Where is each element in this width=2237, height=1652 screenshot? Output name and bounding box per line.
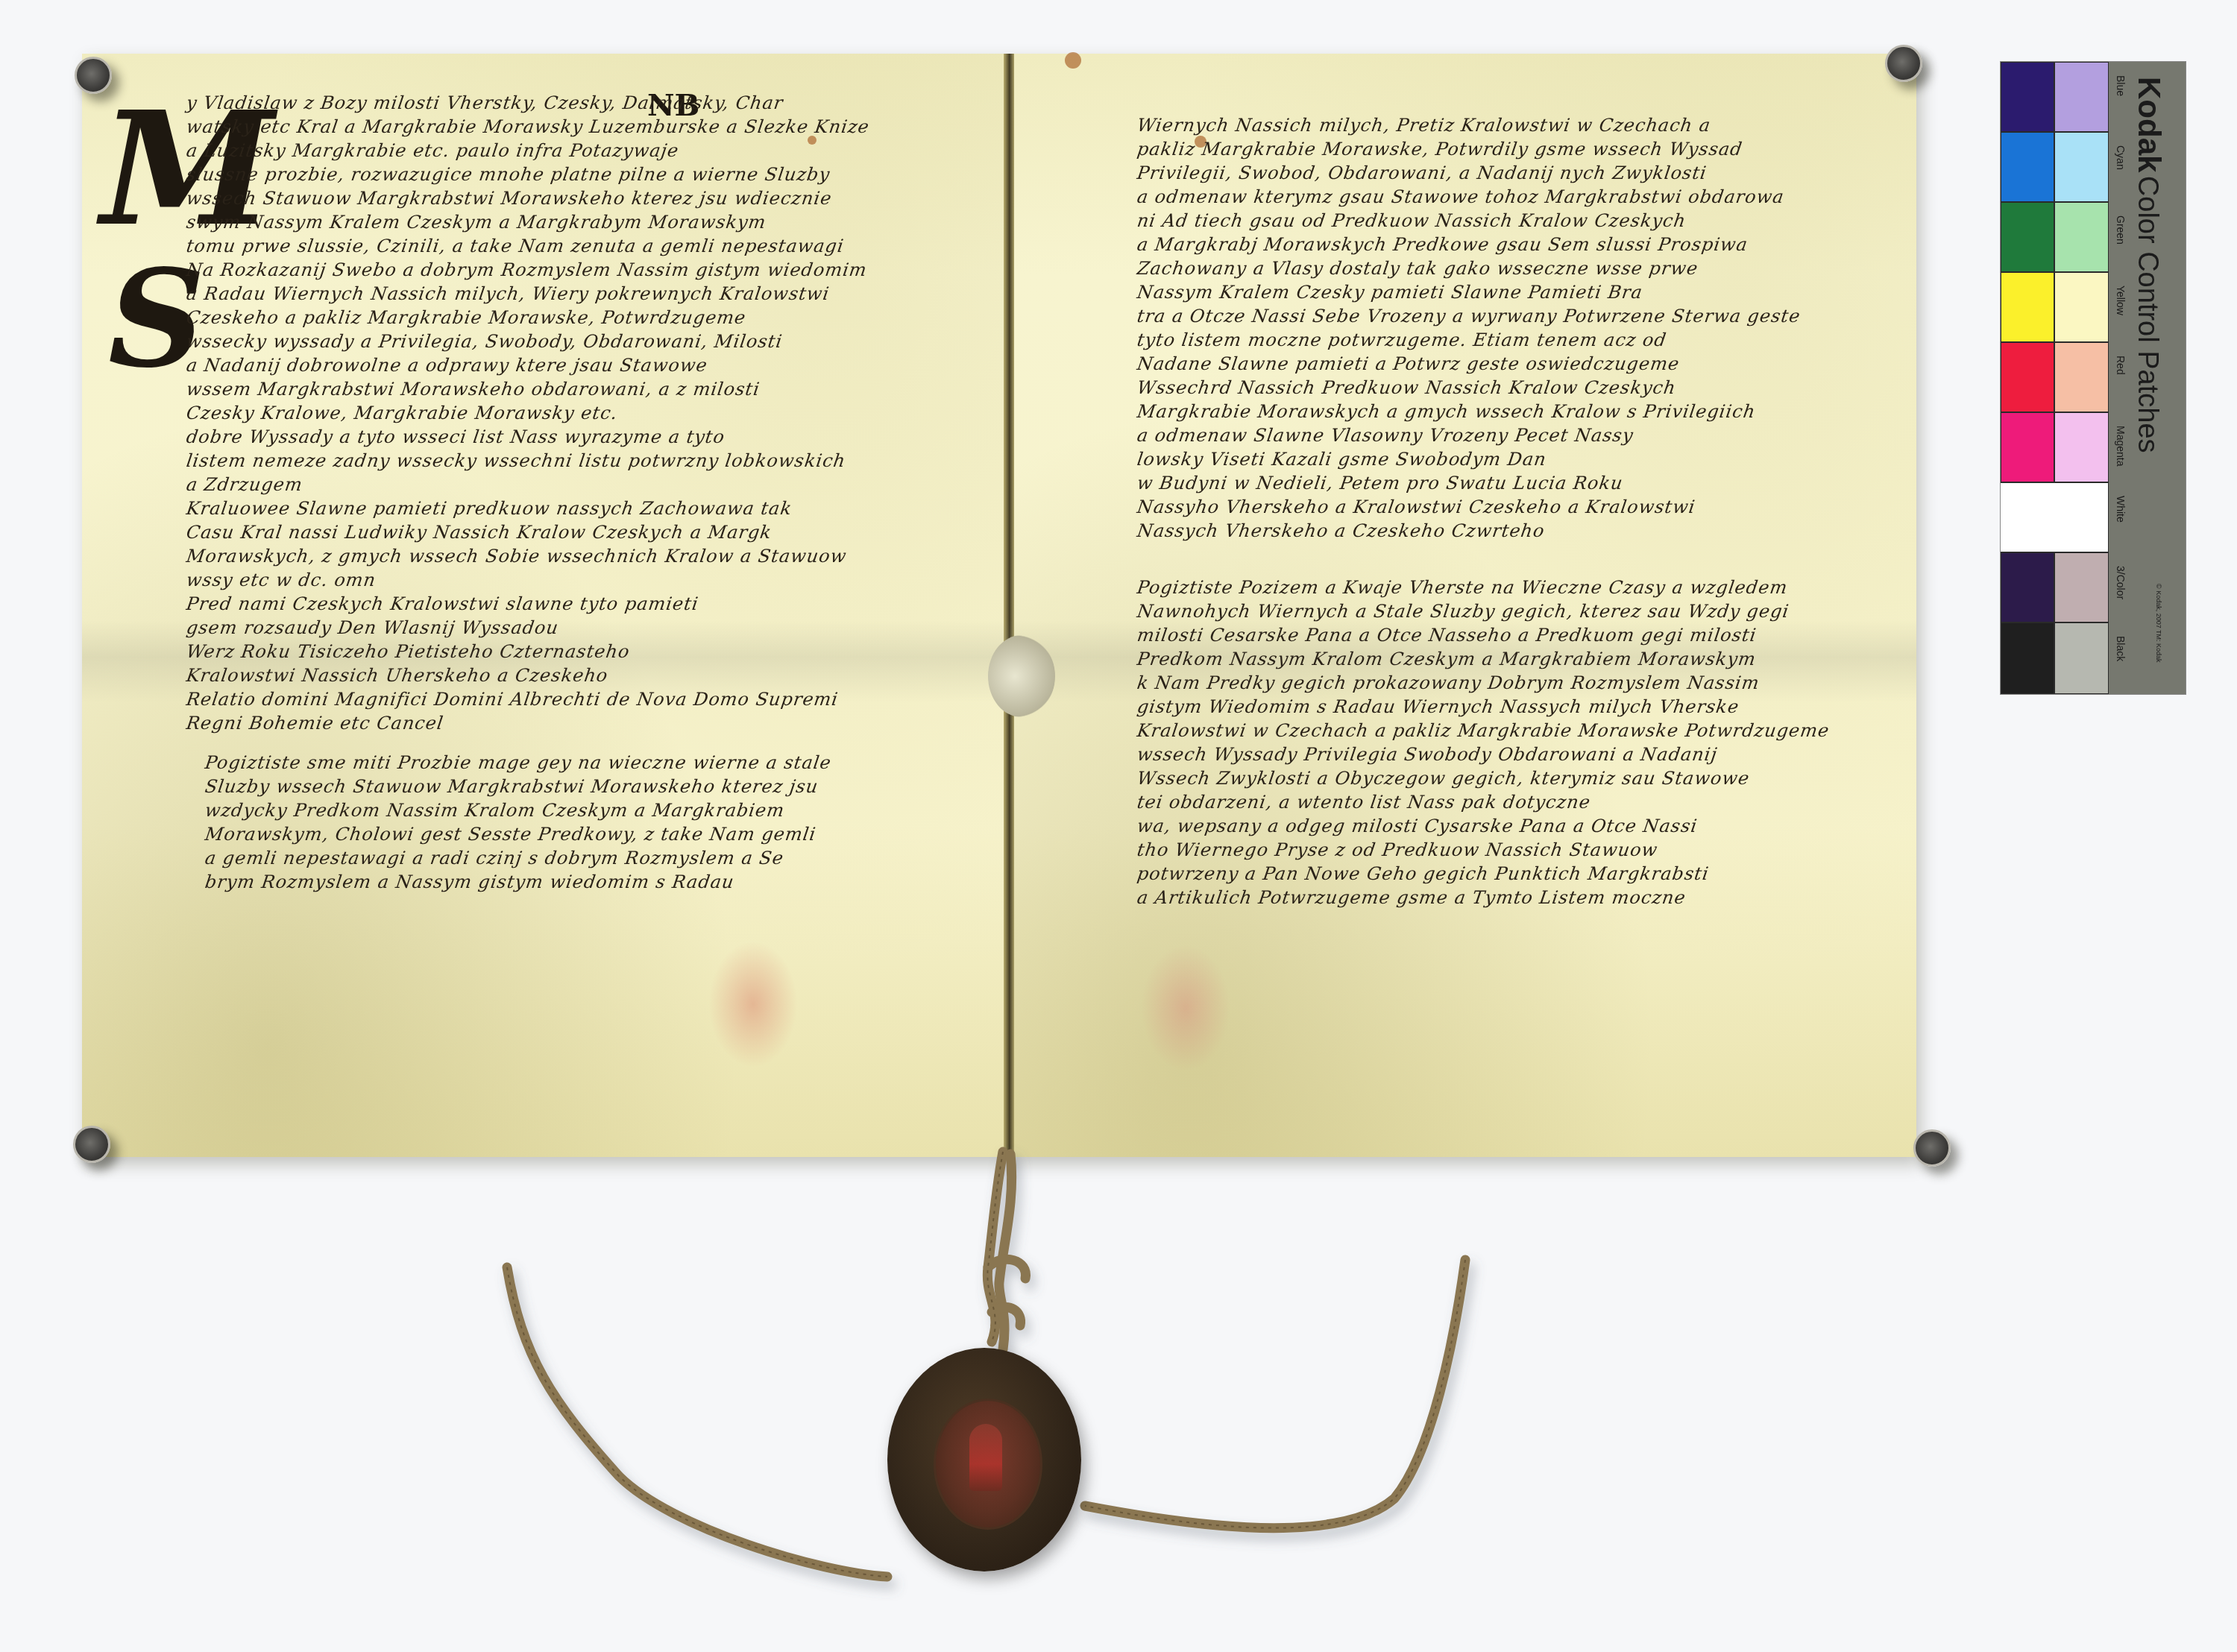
kodak-patch-labels: Blue Cyan Green Yellow Red Magenta White… <box>2107 62 2130 694</box>
patch-cyan-dark <box>2001 132 2054 202</box>
patch-black-dark <box>2001 622 2054 694</box>
patch-yellow-dark <box>2001 272 2054 342</box>
label-red: Red <box>2115 356 2127 373</box>
patch-blue-dark <box>2001 62 2054 132</box>
label-3color: 3/Color <box>2115 566 2127 584</box>
label-magenta: Magenta <box>2115 426 2127 444</box>
patch-magenta-light <box>2054 412 2109 482</box>
kodak-title: Color Control Patches <box>2132 176 2163 453</box>
kodak-copyright: © Kodak, 2007 TM: Kodak <box>2155 584 2162 663</box>
label-yellow: Yellow <box>2115 286 2127 303</box>
patch-blue-light <box>2054 62 2109 132</box>
kodak-brand: Kodak <box>2132 77 2167 172</box>
kodak-title-area: Kodak Color Control Patches <box>2137 77 2167 494</box>
kodak-color-control-strip: 12345678910111213141516171819 Kodak Colo… <box>2000 61 2186 695</box>
patch-cyan-light <box>2054 132 2109 202</box>
label-blue: Blue <box>2115 75 2127 93</box>
patch-white <box>2001 482 2109 552</box>
seal-cords <box>0 0 2237 1652</box>
patch-red-light <box>2054 342 2109 412</box>
label-cyan: Cyan <box>2115 145 2127 163</box>
label-green: Green <box>2115 215 2127 233</box>
seal-figure-saint <box>969 1424 1002 1491</box>
label-white: White <box>2115 496 2127 514</box>
patch-green-dark <box>2001 202 2054 272</box>
patch-yellow-light <box>2054 272 2109 342</box>
label-black: Black <box>2115 636 2127 654</box>
patch-3color-light <box>2054 552 2109 622</box>
patch-magenta-dark <box>2001 412 2054 482</box>
kodak-label-bar: 12345678910111213141516171819 Kodak Colo… <box>2109 62 2186 694</box>
patch-green-light <box>2054 202 2109 272</box>
patch-black-light <box>2054 622 2109 694</box>
patch-3color-dark <box>2001 552 2054 622</box>
patch-red-dark <box>2001 342 2054 412</box>
